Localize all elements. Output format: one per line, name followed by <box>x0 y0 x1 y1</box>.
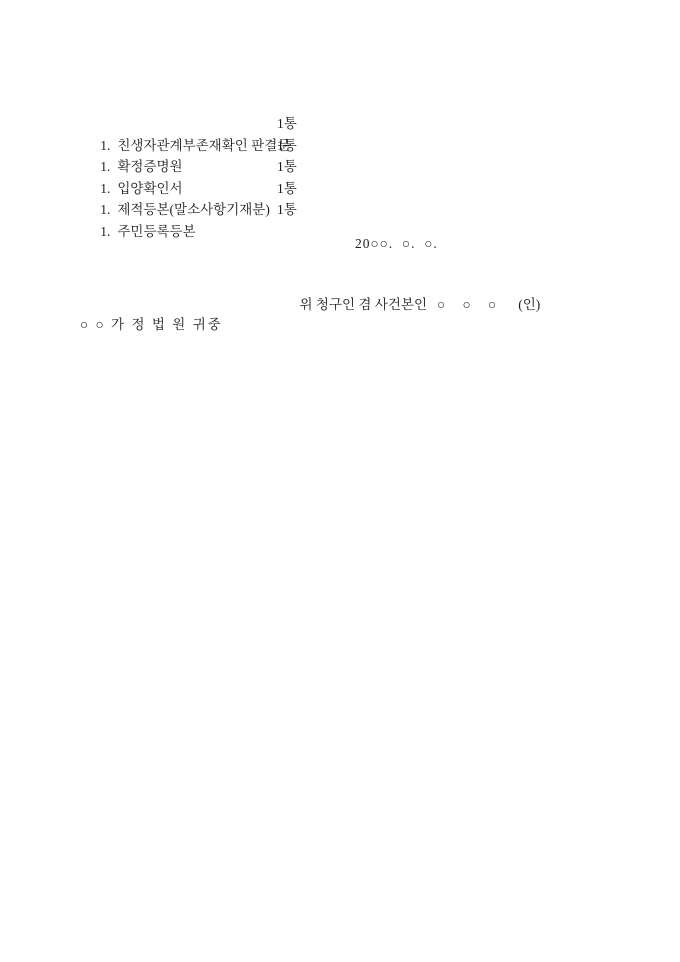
attachment-item: 1.친생자관계부존재확인 판결문 1통 <box>80 113 500 135</box>
item-count: 1통 <box>277 199 297 221</box>
court-recipient-line: ○ ○ 가 정 법 원 귀중 <box>80 315 223 335</box>
signature-role-label: 위 청구인 겸 사건본인 <box>300 297 428 312</box>
document-page: 1.친생자관계부존재확인 판결문 1통 1.확정증명원 1통 1.입양확인서 1… <box>0 0 680 962</box>
date-line: 20○○. ○. ○. <box>355 234 438 254</box>
item-count: 1통 <box>277 178 297 200</box>
signature-name: ○ ○ ○ <box>437 297 503 312</box>
item-name: 주민등록등본 <box>117 224 195 239</box>
signature-line: 위 청구인 겸 사건본인○ ○ ○(인) <box>286 275 540 335</box>
item-number: 1. <box>100 221 110 243</box>
item-count: 1통 <box>277 113 297 135</box>
item-count: 1통 <box>277 156 297 178</box>
signature-seal-mark: (인) <box>518 297 540 312</box>
attachment-list: 1.친생자관계부존재확인 판결문 1통 1.확정증명원 1통 1.입양확인서 1… <box>80 113 500 221</box>
attachment-item: 1.주민등록등본 1통 <box>80 199 500 221</box>
attachment-item: 1.확정증명원 1통 <box>80 135 500 157</box>
attachment-item: 1.입양확인서 1통 <box>80 156 500 178</box>
attachment-item: 1.제적등본(말소사항기재분) 1통 <box>80 178 500 200</box>
item-count: 1통 <box>277 135 297 157</box>
